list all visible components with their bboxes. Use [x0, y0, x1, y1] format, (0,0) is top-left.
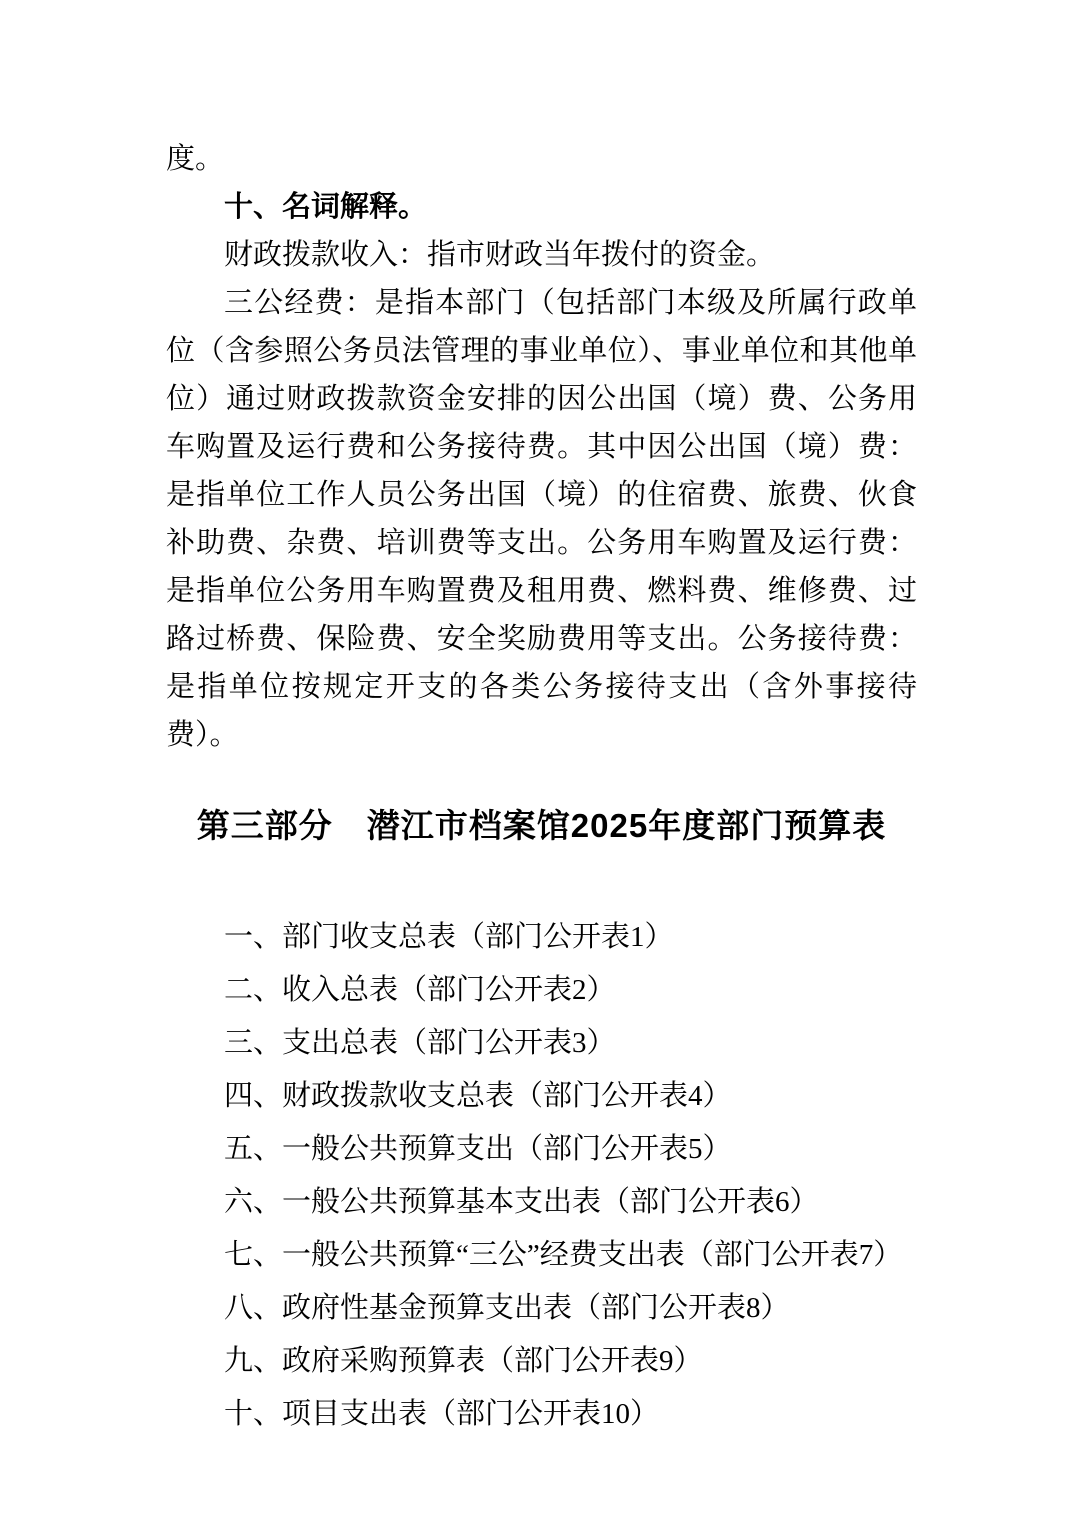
document-page: 度。 十、名词解释。 财政拨款收入：指市财政当年拨付的资金。 三公经费：是指本部…: [0, 0, 1074, 1520]
budget-table-list-item: 七、一般公共预算“三公”经费支出表（部门公开表7）: [166, 1229, 917, 1282]
glossary-paragraph-fiscal-appropriation: 财政拨款收入：指市财政当年拨付的资金。: [166, 231, 917, 279]
budget-table-list-item: 一、部门收支总表（部门公开表1）: [166, 911, 917, 964]
budget-table-list-item: 九、政府采购预算表（部门公开表9）: [166, 1335, 917, 1388]
budget-table-list-item: 五、一般公共预算支出（部门公开表5）: [166, 1123, 917, 1176]
paragraph-continuation: 度。: [166, 135, 917, 183]
budget-table-list-item: 八、政府性基金预算支出表（部门公开表8）: [166, 1282, 917, 1335]
budget-table-list-item: 六、一般公共预算基本支出表（部门公开表6）: [166, 1176, 917, 1229]
section-title: 第三部分 潜江市档案馆2025年度部门预算表: [166, 804, 917, 848]
glossary-heading: 十、名词解释。: [166, 183, 917, 231]
budget-table-list-item: 二、收入总表（部门公开表2）: [166, 964, 917, 1017]
budget-table-list-item: 十、项目支出表（部门公开表10）: [166, 1388, 917, 1441]
budget-table-list-item: 四、财政拨款收支总表（部门公开表4）: [166, 1070, 917, 1123]
budget-table-list: 一、部门收支总表（部门公开表1） 二、收入总表（部门公开表2） 三、支出总表（部…: [166, 911, 917, 1441]
glossary-section: 度。 十、名词解释。 财政拨款收入：指市财政当年拨付的资金。 三公经费：是指本部…: [166, 135, 917, 759]
budget-table-list-item: 三、支出总表（部门公开表3）: [166, 1017, 917, 1070]
glossary-paragraph-three-public-expenses: 三公经费：是指本部门（包括部门本级及所属行政单位（含参照公务员法管理的事业单位）…: [166, 279, 917, 759]
